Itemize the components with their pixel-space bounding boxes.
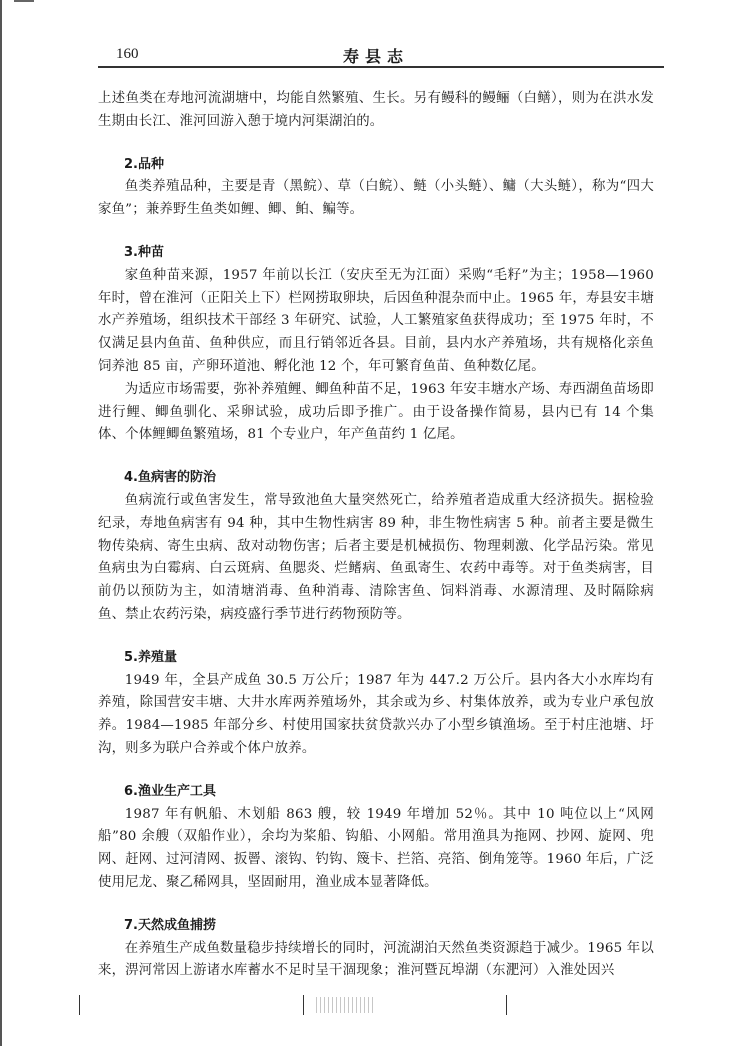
scan-left-edge	[0, 0, 2, 1046]
section-paragraph: 为适应市场需要，弥补养殖鲤、鲫鱼种苗不足，1963 年安丰塘水产场、寿西湖鱼苗场…	[98, 379, 654, 447]
scan-artifact-line	[79, 995, 80, 1015]
intro-paragraph: 上述鱼类在寿地河流湖塘中，均能自然繁殖、生长。另有鳗科的鳗鲡（白鳝），则为在洪水…	[98, 88, 654, 134]
section-paragraph: 鱼病流行或鱼害发生，常导致池鱼大量突然死亡，给养殖者造成重大经济损失。据检验纪录…	[98, 490, 654, 627]
running-head: 160 寿县志	[98, 40, 654, 66]
page-content: 上述鱼类在寿地河流湖塘中，均能自然繁殖、生长。另有鳗科的鳗鲡（白鳝），则为在洪水…	[98, 88, 654, 983]
section-heading: 7.天然成鱼捕捞	[98, 915, 654, 938]
scan-corner-mark	[14, 0, 34, 2]
section-heading: 4.鱼病害的防治	[98, 467, 654, 490]
book-title: 寿县志	[98, 44, 654, 67]
section-fishing-tools: 6.渔业生产工具 1987 年有帆船、木划船 863 艘，较 1949 年增加 …	[98, 781, 654, 895]
section-disease-control: 4.鱼病害的防治 鱼病流行或鱼害发生，常导致池鱼大量突然死亡，给养殖者造成重大经…	[98, 467, 654, 627]
section-paragraph: 家鱼种苗来源，1957 年前以长江（安庆至无为江面）采购“毛籽”为主；1958—…	[98, 265, 654, 379]
scan-artifact-line	[506, 995, 507, 1015]
section-paragraph: 1949 年，全县产成鱼 30.5 万公斤；1987 年为 447.2 万公斤。…	[98, 670, 654, 761]
section-wild-fishing: 7.天然成鱼捕捞 在养殖生产成鱼数量稳步持续增长的同时，河流湖泊天然鱼类资源趋于…	[98, 915, 654, 983]
section-paragraph: 在养殖生产成鱼数量稳步持续增长的同时，河流湖泊天然鱼类资源趋于减少。1965 年…	[98, 938, 654, 984]
section-heading: 3.种苗	[98, 242, 654, 265]
section-heading: 5.养殖量	[98, 647, 654, 670]
header-rule	[98, 66, 664, 68]
section-paragraph: 1987 年有帆船、木划船 863 艘，较 1949 年增加 52％。其中 10…	[98, 804, 654, 895]
section-paragraph: 鱼类养殖品种，主要是青（黑鲩）、草（白鲩）、鲢（小头鲢）、鳙（大头鲢），称为“四…	[98, 176, 654, 222]
section-breeding-volume: 5.养殖量 1949 年，全县产成鱼 30.5 万公斤；1987 年为 447.…	[98, 647, 654, 761]
section-fry: 3.种苗 家鱼种苗来源，1957 年前以长江（安庆至无为江面）采购“毛籽”为主；…	[98, 242, 654, 447]
book-page: 160 寿县志 上述鱼类在寿地河流湖塘中，均能自然繁殖、生长。另有鳗科的鳗鲡（白…	[98, 40, 654, 983]
section-heading: 6.渔业生产工具	[98, 781, 654, 804]
scan-artifact-line	[303, 995, 304, 1015]
section-heading: 2.品种	[98, 154, 654, 177]
section-varieties: 2.品种 鱼类养殖品种，主要是青（黑鲩）、草（白鲩）、鲢（小头鲢）、鳙（大头鲢）…	[98, 154, 654, 222]
scan-artifacts	[0, 995, 747, 1015]
scan-artifact-noise	[316, 997, 376, 1013]
